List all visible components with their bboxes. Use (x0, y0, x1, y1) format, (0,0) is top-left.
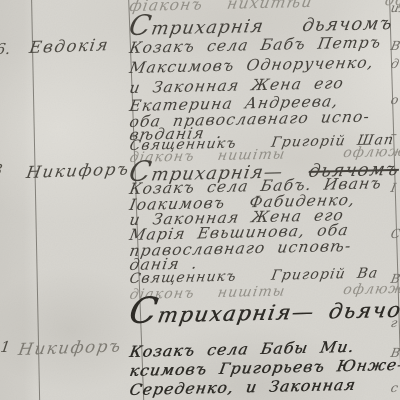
margin-stroke-fragment: Ва (390, 271, 400, 286)
name-entry: Никифоръ (17, 336, 123, 359)
register-line: ксимовъ Григорьевъ Юнже— (128, 357, 400, 380)
margin-stroke-fragment: В (390, 345, 400, 360)
entry-number: 6. (0, 40, 12, 58)
margin-stroke-fragment: – (390, 126, 399, 141)
name-entry: Евдокія (28, 35, 111, 57)
margin-stroke-fragment: с (390, 380, 400, 395)
margin-stroke-fragment: В (390, 38, 400, 53)
entry-number: 3 (0, 161, 4, 179)
register-page: 6. 3 11 Евдокія Никифоръ Никифоръ фіакон… (0, 0, 400, 400)
name-entry: Никифоръ (25, 159, 131, 182)
margin-stroke-fragment: о (390, 92, 400, 107)
margin-stroke-fragment: г (390, 315, 399, 330)
margin-stroke-fragment: ил (390, 0, 400, 15)
entry-number: 11 (0, 338, 11, 356)
margin-stroke-fragment: С (390, 226, 400, 241)
register-line: Середенко, и Законная (128, 377, 357, 399)
margin-stroke-fragment: д (390, 56, 400, 71)
